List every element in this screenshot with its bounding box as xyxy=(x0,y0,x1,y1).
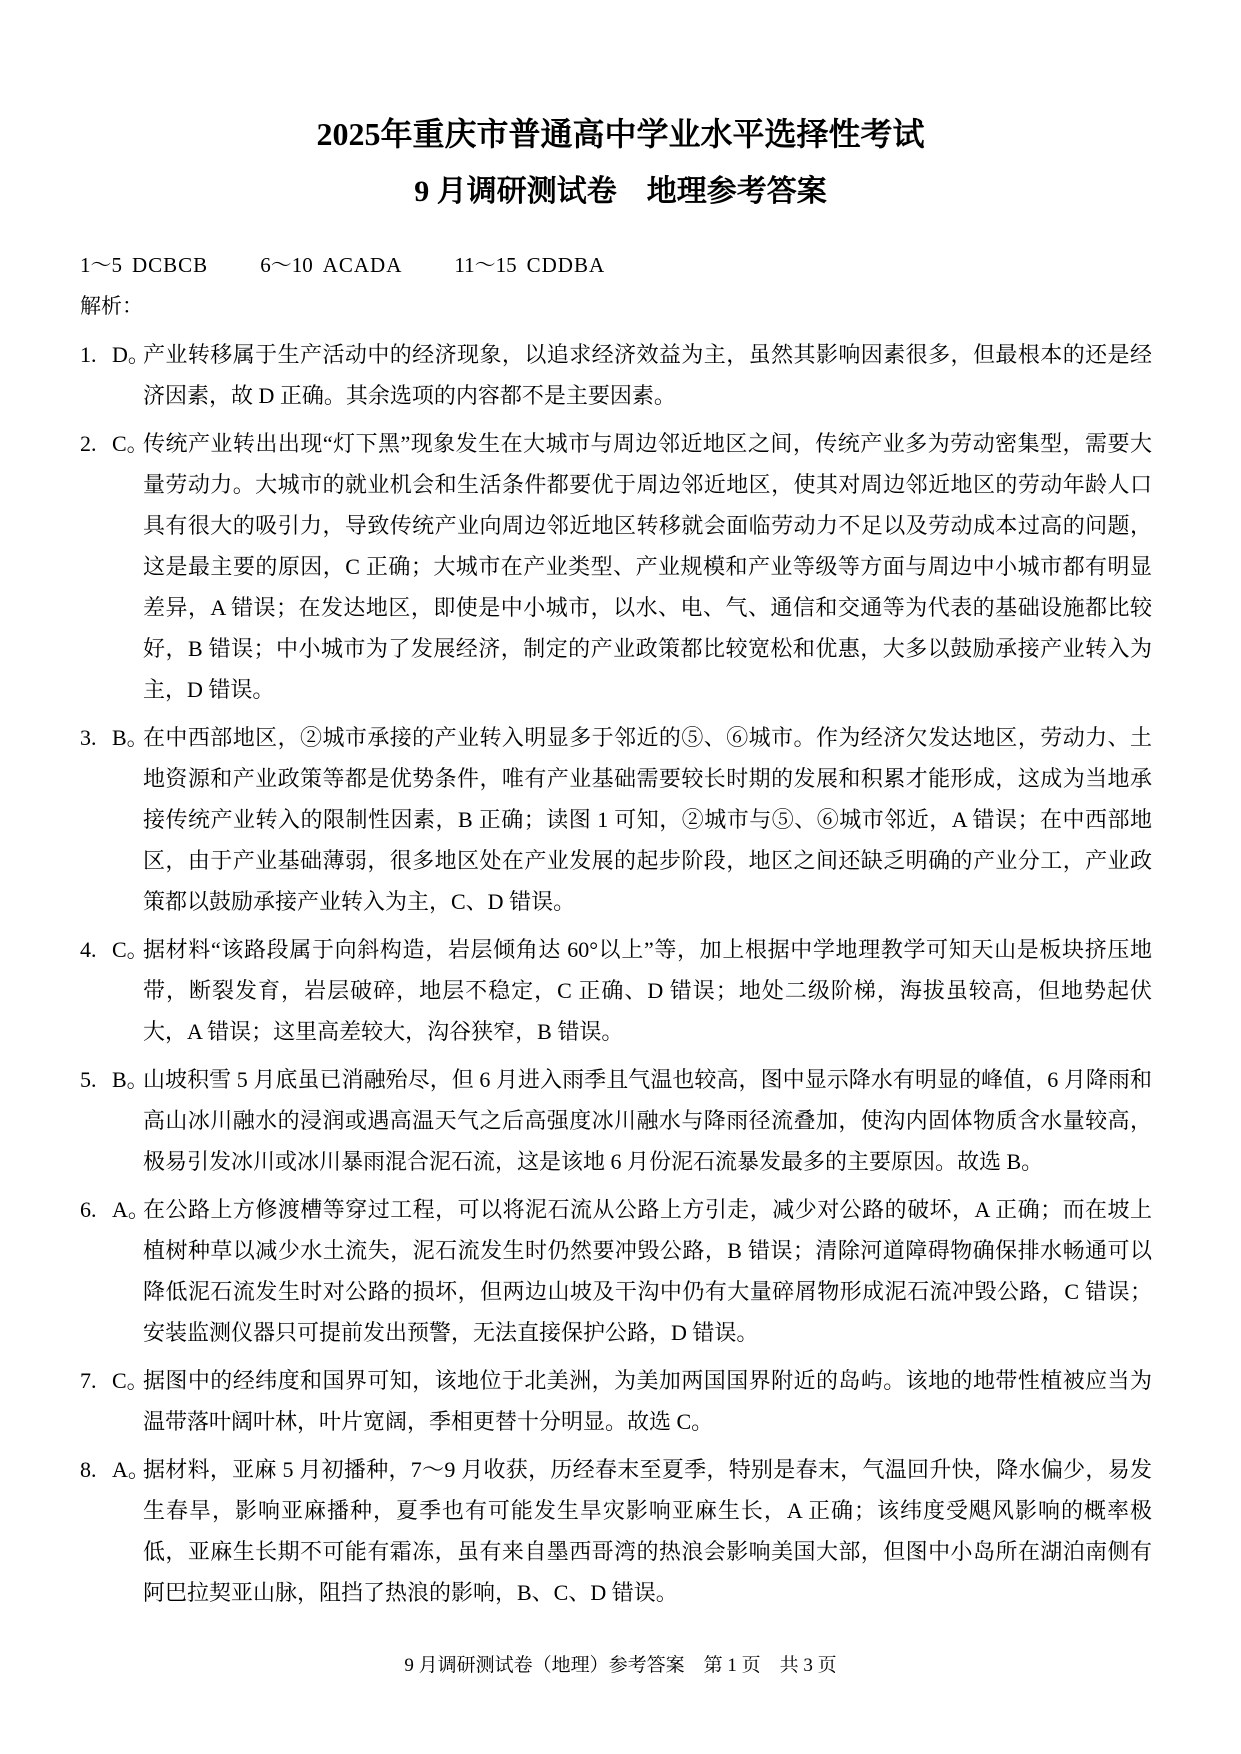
explanation-text: 产业转移属于生产活动中的经济现象，以追求经济效益为主，虽然其影响因素很多，但最根… xyxy=(143,334,1152,416)
answer-letter: B。 xyxy=(112,1059,143,1100)
answer-letter: A。 xyxy=(112,1449,143,1490)
answer-key-group-1: 1～5DCBCB xyxy=(80,253,208,278)
document-subtitle: 9 月调研测试卷 地理参考答案 xyxy=(0,175,1241,210)
item-number: 1. xyxy=(80,334,112,375)
explanation-text: 在公路上方修渡槽等穿过工程，可以将泥石流从公路上方引走，减少对公路的破坏，A 正… xyxy=(143,1189,1152,1353)
item-number: 6. xyxy=(80,1189,112,1230)
explanation-item-5: 5. B。 山坡积雪 5 月底虽已消融殆尽，但 6 月进入雨季且气温也较高，图中… xyxy=(80,1059,1152,1182)
answer-letter: C。 xyxy=(112,423,143,464)
answer-key-group-3: 11～15CDDBA xyxy=(454,253,605,278)
explanation-item-8: 8. A。 据材料，亚麻 5 月初播种，7～9 月收获，历经春末至夏季，特别是春… xyxy=(80,1449,1152,1613)
explanation-text: 据材料，亚麻 5 月初播种，7～9 月收获，历经春末至夏季，特别是春末，气温回升… xyxy=(143,1449,1152,1613)
explanation-text: 据图中的经纬度和国界可知，该地位于北美洲，为美加两国国界附近的岛屿。该地的地带性… xyxy=(143,1360,1152,1442)
explanation-item-3: 3. B。 在中西部地区，②城市承接的产业转入明显多于邻近的⑤、⑥城市。作为经济… xyxy=(80,717,1152,922)
explanation-text: 山坡积雪 5 月底虽已消融殆尽，但 6 月进入雨季且气温也较高，图中显示降水有明… xyxy=(143,1059,1152,1182)
answer-letters: ACADA xyxy=(323,253,403,277)
page-footer: 9 月调研测试卷（地理）参考答案 第 1 页 共 3 页 xyxy=(0,1655,1241,1678)
document-page: 2025年重庆市普通高中学业水平选择性考试 9 月调研测试卷 地理参考答案 1～… xyxy=(0,0,1241,1754)
answer-letter: B。 xyxy=(112,717,143,758)
answer-letter: A。 xyxy=(112,1189,143,1230)
item-number: 8. xyxy=(80,1449,112,1490)
item-number: 7. xyxy=(80,1360,112,1401)
answer-letters: CDDBA xyxy=(527,253,606,277)
answer-letters: DCBCB xyxy=(132,253,208,277)
question-range: 6～10 xyxy=(260,253,313,277)
question-range: 11～15 xyxy=(454,253,516,277)
item-number: 5. xyxy=(80,1059,112,1100)
explanation-text: 在中西部地区，②城市承接的产业转入明显多于邻近的⑤、⑥城市。作为经济欠发达地区，… xyxy=(143,717,1152,922)
answer-letter: C。 xyxy=(112,929,143,970)
answer-key-line: 1～5DCBCB 6～10ACADA 11～15CDDBA xyxy=(80,253,1152,278)
item-number: 4. xyxy=(80,929,112,970)
answer-letter: D。 xyxy=(112,334,143,375)
explanation-item-4: 4. C。 据材料“该路段属于向斜构造，岩层倾角达 60°以上”等，加上根据中学… xyxy=(80,929,1152,1052)
explanation-item-1: 1. D。 产业转移属于生产活动中的经济现象，以追求经济效益为主，虽然其影响因素… xyxy=(80,334,1152,416)
explanation-text: 传统产业转出出现“灯下黑”现象发生在大城市与周边邻近地区之间，传统产业多为劳动密… xyxy=(143,423,1152,710)
explanation-item-2: 2. C。 传统产业转出出现“灯下黑”现象发生在大城市与周边邻近地区之间，传统产… xyxy=(80,423,1152,710)
item-number: 3. xyxy=(80,717,112,758)
explanation-item-7: 7. C。 据图中的经纬度和国界可知，该地位于北美洲，为美加两国国界附近的岛屿。… xyxy=(80,1360,1152,1442)
analysis-label: 解析： xyxy=(80,294,1152,319)
item-number: 2. xyxy=(80,423,112,464)
question-range: 1～5 xyxy=(80,253,122,277)
explanation-text: 据材料“该路段属于向斜构造，岩层倾角达 60°以上”等，加上根据中学地理教学可知… xyxy=(143,929,1152,1052)
explanation-item-6: 6. A。 在公路上方修渡槽等穿过工程，可以将泥石流从公路上方引走，减少对公路的… xyxy=(80,1189,1152,1353)
answer-key-group-2: 6～10ACADA xyxy=(260,253,402,278)
answer-letter: C。 xyxy=(112,1360,143,1401)
document-title: 2025年重庆市普通高中学业水平选择性考试 xyxy=(0,0,1241,153)
explanation-list: 1. D。 产业转移属于生产活动中的经济现象，以追求经济效益为主，虽然其影响因素… xyxy=(80,334,1152,1613)
